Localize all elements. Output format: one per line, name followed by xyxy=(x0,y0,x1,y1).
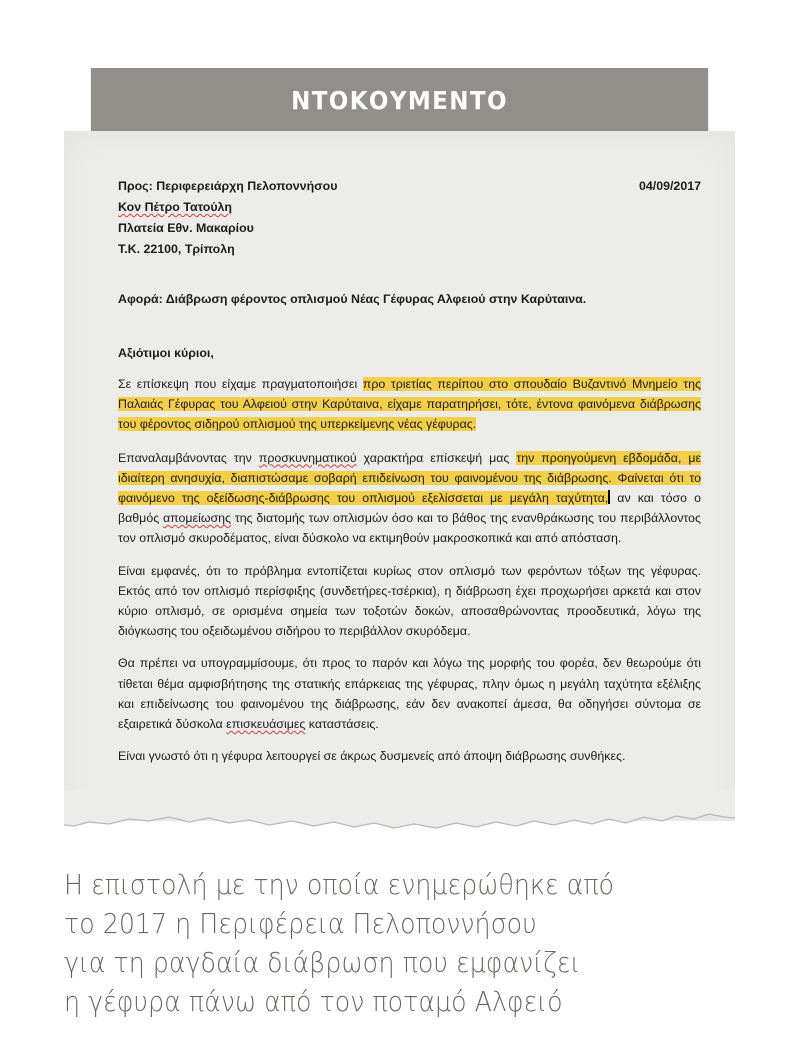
letter-date: 04/09/2017 xyxy=(639,176,701,197)
address-line-2: Τ.Κ. 22100, Τρίπολη xyxy=(118,239,701,260)
paragraph-4: Θα πρέπει να υπογραμμίσουμε, ότι προς το… xyxy=(118,653,701,734)
caption-line-1: Η επιστολή με την οποία ενημερώθηκε από xyxy=(64,866,699,905)
caption-line-4: η γέφυρα πάνω από τον ποταμό Αλφειό xyxy=(64,983,699,1022)
address-block: Προς: Περιφερειάρχη Πελοποννήσου 04/09/2… xyxy=(118,176,701,260)
misspelled-word: απομείωσης xyxy=(163,511,231,525)
letter-body: Προς: Περιφερειάρχη Πελοποννήσου 04/09/2… xyxy=(118,176,701,766)
header-title: ΝΤΟΚΟΥΜΕΝΤΟ xyxy=(291,86,508,115)
paragraph-4-text-b: καταστάσεις. xyxy=(305,717,378,731)
letter-salutation: Αξιότιμοι κύριοι, xyxy=(118,346,701,360)
paragraph-3: Είναι εμφανές, ότι το πρόβλημα εντοπίζετ… xyxy=(118,561,701,642)
paragraph-2-text-b: χαρακτήρα επίσκεψή μας xyxy=(357,451,517,465)
caption-line-2: το 2017 η Περιφέρεια Πελοποννήσου xyxy=(64,905,699,944)
paragraph-2: Επαναλαμβάνοντας την προσκυνηματικού χαρ… xyxy=(118,448,701,549)
paragraph-1-text: Σε επίσκεψη που είχαμε πραγματοποιήσει xyxy=(118,377,363,391)
misspelled-word: προσκυνηματικού xyxy=(259,451,357,465)
document-header-bar: ΝΤΟΚΟΥΜΕΝΤΟ xyxy=(91,68,708,131)
paragraph-2-text-a: Επαναλαμβάνοντας την xyxy=(118,451,259,465)
recipient-to-line: Προς: Περιφερειάρχη Πελοποννήσου xyxy=(118,176,337,197)
letter-subject: Αφορά: Διάβρωση φέροντος οπλισμού Νέας Γ… xyxy=(118,292,701,306)
recipient-name: Κον Πέτρο Τατούλη xyxy=(118,200,232,214)
image-caption: Η επιστολή με την οποία ενημερώθηκε από … xyxy=(64,866,699,1022)
caption-line-3: για τη ραγδαία διάβρωση που εμφανίζει xyxy=(64,944,699,983)
misspelled-word: επισκευάσιμες xyxy=(226,717,305,731)
torn-paper-edge xyxy=(64,790,735,840)
paragraph-5: Είναι γνωστό ότι η γέφυρα λειτουργεί σε … xyxy=(118,746,701,766)
address-line-1: Πλατεία Εθν. Μακαρίου xyxy=(118,218,701,239)
paragraph-1: Σε επίσκεψη που είχαμε πραγματοποιήσει π… xyxy=(118,374,701,435)
paragraph-4-text-a: Θα πρέπει να υπογραμμίσουμε, ότι προς το… xyxy=(118,656,701,731)
